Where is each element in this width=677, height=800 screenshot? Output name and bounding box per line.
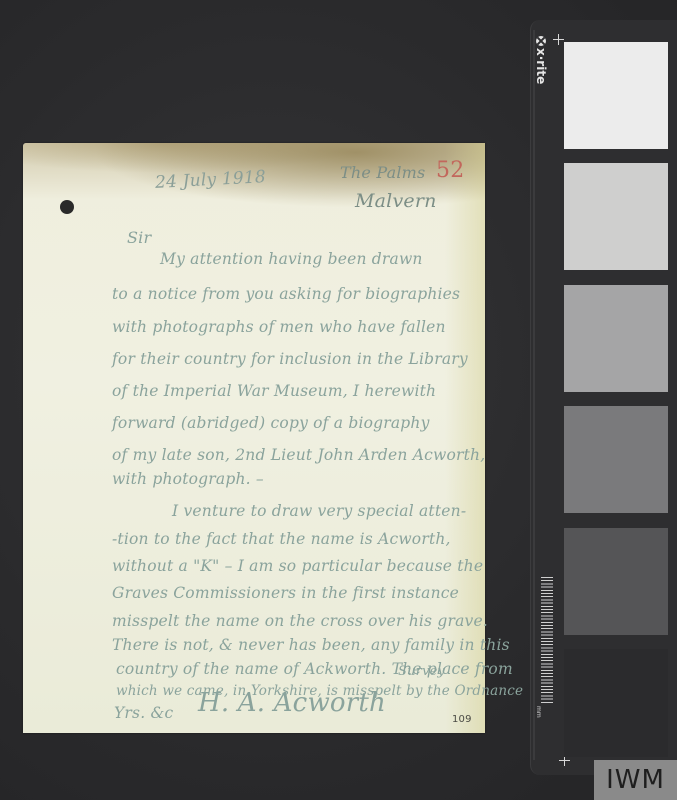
patch-light-grey <box>564 163 668 270</box>
address-line-1: The Palms <box>340 163 425 182</box>
letter-line: of my late son, 2nd Lieut John Arden Acw… <box>112 446 485 464</box>
letter-line: I venture to draw very special atten- <box>172 502 466 520</box>
mm-ruler <box>541 577 553 705</box>
salutation: Sir <box>127 228 151 247</box>
letter-line: My attention having been drawn <box>160 250 423 268</box>
patch-black <box>564 649 668 757</box>
letter-line: misspelt the name on the cross over his … <box>112 612 488 630</box>
letter-line-survey: Survey <box>398 664 445 679</box>
signature: H. A. Acworth <box>198 688 386 718</box>
iwm-watermark: IWM <box>594 760 677 800</box>
letter-line: country of the name of Ackworth. The pla… <box>116 660 513 678</box>
letter-line: Graves Commissioners in the first instan… <box>112 584 459 602</box>
letter-line: forward (abridged) copy of a biography <box>112 414 430 432</box>
letter-line: with photograph. – <box>112 470 264 488</box>
letter-line: without a "K" – I am so particular becau… <box>112 557 483 575</box>
patch-grey <box>564 406 668 513</box>
brand-text: x·rite <box>534 48 548 84</box>
xrite-logo-icon <box>536 36 546 46</box>
letter-line: -tion to the fact that the name is Acwor… <box>112 530 451 548</box>
crosshair-icon <box>553 34 564 45</box>
punch-hole <box>60 200 74 214</box>
letter-line: to a notice from you asking for biograph… <box>112 285 460 303</box>
address-line-2: Malvern <box>355 190 437 212</box>
page-number: 109 <box>452 714 472 725</box>
patch-dark-grey <box>564 528 668 635</box>
letter-line: with photographs of men who have fallen <box>112 318 446 336</box>
patch-mid-grey <box>564 285 668 392</box>
letter-line: for their country for inclusion in the L… <box>112 350 468 368</box>
letter-line: There is not, & never has been, any fami… <box>112 636 510 654</box>
ruler-unit: mm <box>535 706 542 718</box>
folio-number: 52 <box>436 158 464 183</box>
closing: Yrs. &c <box>114 704 173 722</box>
letter-line: of the Imperial War Museum, I herewith <box>112 382 436 400</box>
brand-label: x·rite <box>534 36 552 96</box>
card-edge <box>533 30 535 760</box>
patch-white <box>564 42 668 149</box>
